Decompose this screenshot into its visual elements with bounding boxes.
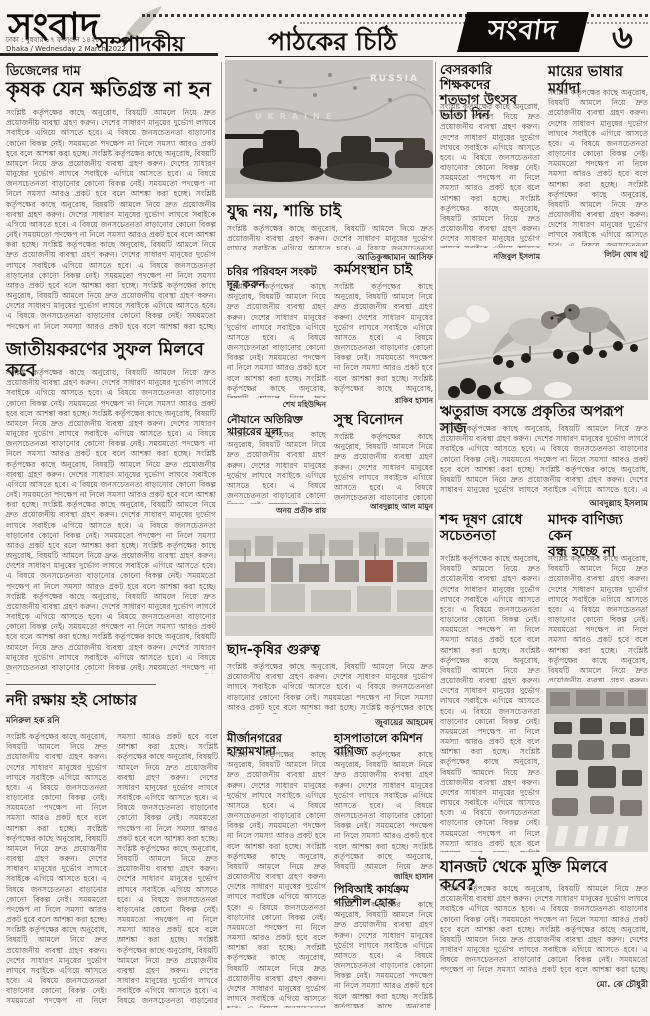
- mother-tongue-body: সংশ্লিষ্ট কর্তৃপক্ষের কাছে অনুরোধ, বিষয়…: [548, 88, 648, 246]
- noise-headline: শব্দ দূষণ রোধে সচেতনতা: [440, 512, 542, 544]
- hammam-body: সংশ্লিষ্ট কর্তৃপক্ষের কাছে অনুরোধ, বিষয়…: [227, 750, 326, 1008]
- transport-body: সংশ্লিষ্ট কর্তৃপক্ষের কাছে অনুরোধ, বিষয়…: [227, 282, 326, 398]
- birds-photo: [438, 268, 648, 400]
- roof-farming-body: সংশ্লিষ্ট কর্তৃপক্ষের কাছে অনুরোধ, বিষয়…: [227, 662, 433, 714]
- drugs-headline-line1: মাদক বাণিজ্য কেন: [548, 512, 648, 544]
- recreation-byline: আবদুল্লাহ আল মামুন: [334, 502, 433, 514]
- mother-tongue-byline: লিটন ঘোষ বটু: [548, 250, 648, 262]
- page-section-heading: পাঠকের চিঠি: [235, 22, 430, 65]
- boat-food-byline: অনয় প্রতীক রায়: [227, 506, 326, 518]
- traffic-photo: [546, 688, 648, 852]
- photo-label-russia: RUSSIA: [370, 74, 419, 84]
- traffic-body: সংশ্লিষ্ট কর্তৃপক্ষের কাছে অনুরোধ, বিষয়…: [440, 884, 648, 974]
- noise-headline-line2: সচেতনতা: [440, 528, 542, 544]
- roof-farming-byline: জুবায়ের আহমেদ: [283, 716, 433, 730]
- diesel-headline: কৃষক যেন ক্ষতিগ্রস্ত না হন: [6, 78, 218, 101]
- brand-box: সংবাদ: [457, 12, 589, 52]
- photo-label-ukraine: UKRAINE: [255, 112, 337, 121]
- war-headline: যুদ্ধ নয়, শান্তি চাই: [227, 202, 433, 220]
- header-rule-left: [0, 53, 218, 56]
- header-rule-right: [225, 56, 648, 57]
- column-divider-2: [435, 62, 436, 1010]
- brand-box-logo: সংবাদ: [485, 10, 560, 55]
- column-divider-1: [221, 62, 222, 1010]
- newspaper-page: সংবাদ ঢাকা : বুধবার ১৭ ফাল্গুন ১৪২৮ Dhak…: [0, 0, 650, 1016]
- drugs-body: সংশ্লিষ্ট কর্তৃপক্ষের কাছে অনুরোধ, বিষয়…: [548, 554, 648, 682]
- employment-body: সংশ্লিষ্ট কর্তৃপক্ষের কাছে অনুরোধ, বিষয়…: [334, 282, 433, 394]
- teachers-body: সংশ্লিষ্ট কর্তৃপক্ষের কাছে অনুরোধ, বিষয়…: [440, 102, 540, 248]
- recreation-headline: সুস্থ বিনোদন: [334, 412, 434, 428]
- teachers-byline: নজিবুল ইসলাম: [440, 252, 540, 264]
- transport-byline: শেখ মহিউদ্দিন: [227, 400, 326, 412]
- noise-headline-line1: শব্দ দূষণ রোধে: [440, 512, 542, 528]
- section-title: সম্পাদকীয়: [96, 28, 184, 63]
- noise-body: সংশ্লিষ্ট কর্তৃপক্ষের কাছে অনুরোধ, বিষয়…: [440, 554, 540, 852]
- teachers-headline-line1: বেসরকারি শিক্ষকদের: [440, 64, 542, 94]
- tanks-photo: RUSSIA UKRAINE: [225, 60, 433, 198]
- employment-headline: কর্মসংস্থান চাই: [334, 262, 434, 278]
- spring-body: সংশ্লিষ্ট কর্তৃপক্ষের কাছে অনুরোধ, বিষয়…: [440, 424, 648, 494]
- employment-byline: রাকিব হাসান: [334, 396, 433, 408]
- river-headline: নদী রক্ষায় হই সোচ্চার: [6, 692, 218, 709]
- war-body: সংশ্লিষ্ট কর্তৃপক্ষের কাছে অনুরোধ, বিষয়…: [227, 224, 433, 250]
- diesel-body: সংশ্লিষ্ট কর্তৃপক্ষের কাছে অনুরোধ, বিষয়…: [6, 108, 216, 330]
- nationalization-body: সংশ্লিষ্ট কর্তৃপক্ষের কাছে অনুরোধ, বিষয়…: [6, 368, 216, 674]
- roof-farming-headline: ছাদ-কৃষির গুরুত্ব: [227, 642, 433, 658]
- hospital-body: সংশ্লিষ্ট কর্তৃপক্ষের কাছে অনুরোধ, বিষয়…: [334, 750, 433, 872]
- rooftops-photo: [225, 518, 433, 636]
- boat-food-body: সংশ্লিষ্ট কর্তৃপক্ষের কাছে অনুরোধ, বিষয়…: [227, 430, 326, 504]
- river-body: সংশ্লিষ্ট কর্তৃপক্ষের কাছে অনুরোধ, বিষয়…: [6, 732, 218, 1008]
- pbi-body: সংশ্লিষ্ট কর্তৃপক্ষের কাছে অনুরোধ, বিষয়…: [334, 900, 433, 1008]
- river-byline: মনিরুল হক রনি: [6, 714, 156, 728]
- river-top-rule: [6, 684, 156, 685]
- page-number: ৬: [612, 12, 633, 66]
- traffic-byline: মো. কে চৌধুরী: [498, 978, 648, 992]
- recreation-body: সংশ্লিষ্ট কর্তৃপক্ষের কাছে অনুরোধ, বিষয়…: [334, 432, 433, 500]
- spring-byline: আবদুল্লাহ ইসলাম: [498, 497, 648, 511]
